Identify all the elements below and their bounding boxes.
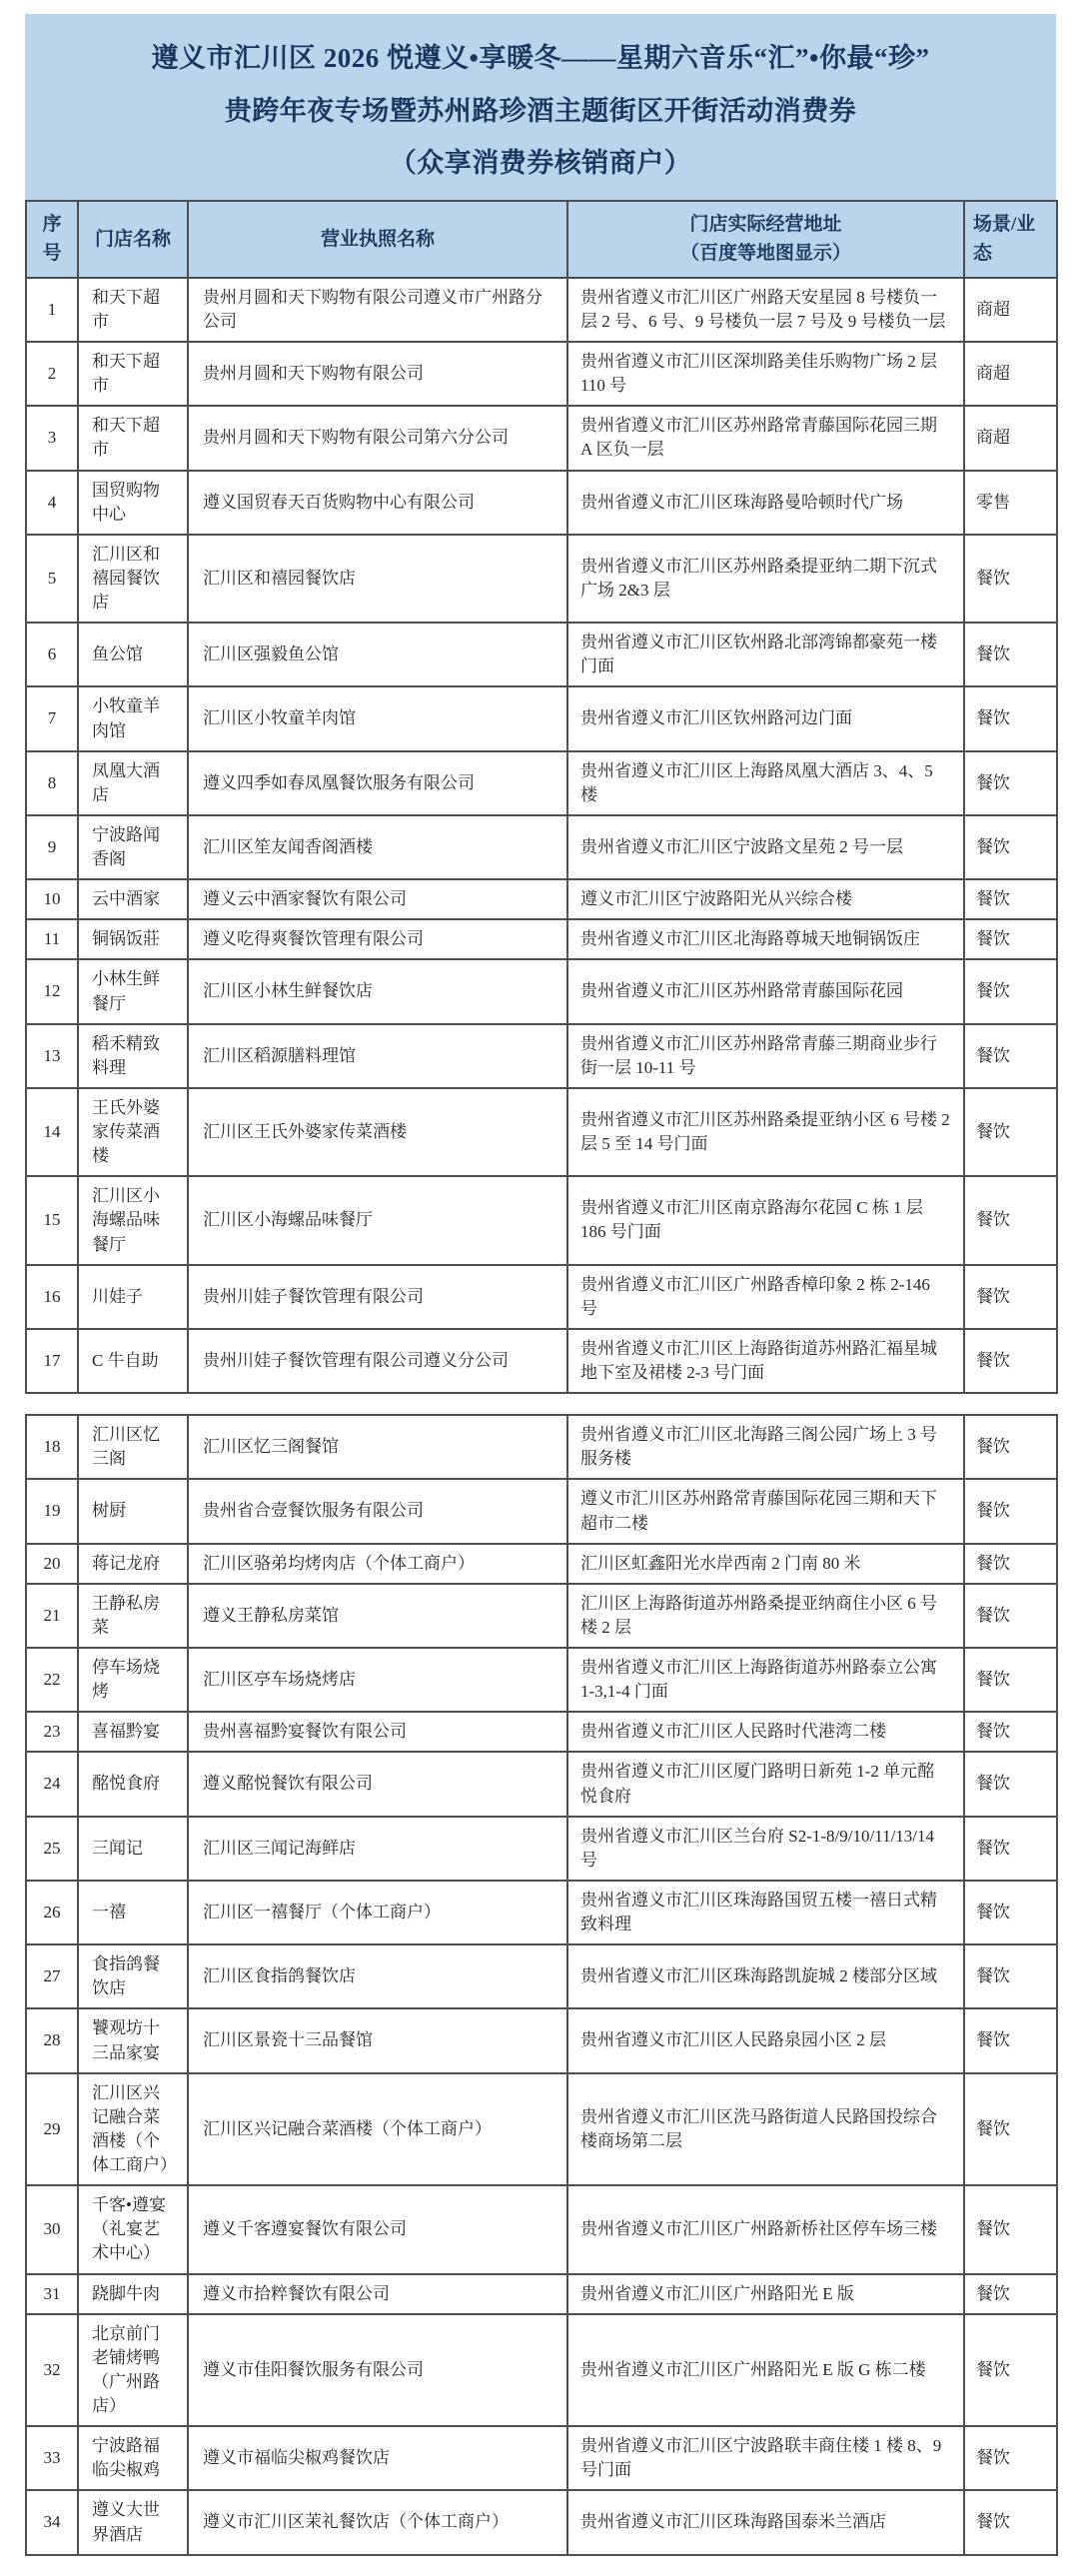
license-name: 汇川区忆三阁餐馆	[188, 1415, 567, 1479]
store-name: 喜福黔宴	[78, 1712, 188, 1752]
table-row: 10 云中酒家 遵义云中酒家餐饮有限公司 遵义市汇川区宁波路阳光从兴综合楼 餐饮	[26, 879, 1057, 919]
store-address: 贵州省遵义市汇川区苏州路常青藤国际花园	[567, 959, 964, 1023]
store-name: 食指鸽餐饮店	[78, 1944, 188, 2008]
license-name: 贵州月圆和天下购物有限公司遵义市广州路分公司	[188, 278, 567, 342]
license-name: 汇川区小牧童羊肉馆	[188, 686, 567, 750]
store-address: 贵州省遵义市汇川区厦门路明日新苑 1-2 单元酩悦食府	[567, 1752, 964, 1816]
business-type: 餐饮	[964, 919, 1057, 959]
license-name: 汇川区兴记融合菜酒楼（个体工商户）	[188, 2073, 567, 2186]
store-address: 贵州省遵义市汇川区上海路街道苏州路汇福星城地下室及裙楼 2-3 号门面	[567, 1329, 964, 1393]
store-address: 贵州省遵义市汇川区上海路街道苏州路泰立公寓 1-3,1-4 门面	[567, 1648, 964, 1712]
license-name: 汇川区小海螺品味餐厅	[188, 1176, 567, 1264]
license-name: 汇川区三闻记海鲜店	[188, 1817, 567, 1881]
license-name: 遵义王静私房菜馆	[188, 1584, 567, 1648]
table-row: 21 王静私房菜 遵义王静私房菜馆 汇川区上海路街道苏州路桑提亚纳商住小区 6 …	[26, 1584, 1057, 1648]
store-name: 云中酒家	[78, 879, 188, 919]
row-number: 1	[26, 278, 78, 342]
business-type: 餐饮	[964, 1881, 1057, 1944]
store-name: 汇川区和禧园餐饮店	[78, 535, 188, 623]
row-number: 23	[26, 1712, 78, 1752]
store-address: 贵州省遵义市汇川区人民路泉园小区 2 层	[567, 2008, 964, 2072]
table-row: 24 酩悦食府 遵义酩悦餐饮有限公司 贵州省遵义市汇川区厦门路明日新苑 1-2 …	[26, 1752, 1057, 1816]
table-row: 2 和天下超市 贵州月圆和天下购物有限公司 贵州省遵义市汇川区深圳路美佳乐购物广…	[26, 342, 1057, 406]
license-name: 贵州川娃子餐饮管理有限公司遵义分公司	[188, 1329, 567, 1393]
business-type: 餐饮	[964, 623, 1057, 686]
license-name: 汇川区和禧园餐饮店	[188, 535, 567, 623]
row-number: 25	[26, 1817, 78, 1881]
row-number: 22	[26, 1648, 78, 1712]
store-name: 川娃子	[78, 1265, 188, 1329]
store-name: 停车场烧烤	[78, 1648, 188, 1712]
table-row: 33 宁波路福临尖椒鸡 遵义市福临尖椒鸡餐饮店 贵州省遵义市汇川区宁波路联丰商住…	[26, 2426, 1057, 2490]
business-type: 餐饮	[964, 879, 1057, 919]
business-type: 餐饮	[964, 2185, 1057, 2273]
store-name: 酩悦食府	[78, 1752, 188, 1816]
table-row: 5 汇川区和禧园餐饮店 汇川区和禧园餐饮店 贵州省遵义市汇川区苏州路桑提亚纳二期…	[26, 535, 1057, 623]
store-address: 贵州省遵义市汇川区广州路新桥社区停车场三楼	[567, 2185, 964, 2273]
column-header-name: 门店名称	[78, 201, 188, 278]
table-row: 8 凤凰大酒店 遵义四季如春凤凰餐饮服务有限公司 贵州省遵义市汇川区上海路凤凰大…	[26, 751, 1057, 815]
table-row: 19 树厨 贵州省合壹餐饮服务有限公司 遵义市汇川区苏州路常青藤国际花园三期和天…	[26, 1479, 1057, 1543]
table-row: 32 北京前门老铺烤鸭（广州路店） 遵义市佳阳餐饮服务有限公司 贵州省遵义市汇川…	[26, 2314, 1057, 2427]
business-type: 餐饮	[964, 2490, 1057, 2554]
store-name: 树厨	[78, 1479, 188, 1543]
title-line-1: 遵义市汇川区 2026 悦遵义•享暖冬——星期六音乐“汇”•你最“珍”	[51, 32, 1030, 85]
business-type: 餐饮	[964, 2008, 1057, 2072]
row-number: 24	[26, 1752, 78, 1816]
store-address: 贵州省遵义市汇川区珠海路国泰米兰酒店	[567, 2490, 964, 2554]
store-address: 贵州省遵义市汇川区广州路香樟印象 2 栋 2-146 号	[567, 1265, 964, 1329]
business-type: 餐饮	[964, 1415, 1057, 1479]
table-row: 14 王氏外婆家传菜酒楼 汇川区王氏外婆家传菜酒楼 贵州省遵义市汇川区苏州路桑提…	[26, 1088, 1057, 1176]
table-row: 20 蒋记龙府 汇川区骆弟均烤肉店（个体工商户） 汇川区虹鑫阳光水岸西南 2 门…	[26, 1544, 1057, 1584]
row-number: 14	[26, 1088, 78, 1176]
store-address: 贵州省遵义市汇川区苏州路桑提亚纳二期下沉式广场 2&3 层	[567, 535, 964, 623]
license-name: 遵义云中酒家餐饮有限公司	[188, 879, 567, 919]
row-number: 16	[26, 1265, 78, 1329]
license-name: 遵义千客遵宴餐饮有限公司	[188, 2185, 567, 2273]
row-number: 6	[26, 623, 78, 686]
table-row: 27 食指鸽餐饮店 汇川区食指鸽餐饮店 贵州省遵义市汇川区珠海路凯旋城 2 楼部…	[26, 1944, 1057, 2008]
store-name: 稻禾精致料理	[78, 1024, 188, 1088]
row-number: 31	[26, 2274, 78, 2314]
row-number: 29	[26, 2073, 78, 2186]
business-type: 餐饮	[964, 1544, 1057, 1584]
license-name: 汇川区食指鸽餐饮店	[188, 1944, 567, 2008]
table-row: 12 小林生鲜餐厅 汇川区小林生鲜餐饮店 贵州省遵义市汇川区苏州路常青藤国际花园…	[26, 959, 1057, 1023]
row-number: 18	[26, 1415, 78, 1479]
business-type: 餐饮	[964, 1712, 1057, 1752]
merchant-table-section-2: 18 汇川区忆三阁 汇川区忆三阁餐馆 贵州省遵义市汇川区北海路三阁公园广场上 3…	[25, 1414, 1058, 2556]
store-address: 贵州省遵义市汇川区珠海路国贸五楼一禧日式精致料理	[567, 1881, 964, 1944]
business-type: 商超	[964, 278, 1057, 342]
business-type: 餐饮	[964, 959, 1057, 1023]
row-number: 9	[26, 815, 78, 879]
table-row: 26 一禧 汇川区一禧餐厅（个体工商户） 贵州省遵义市汇川区珠海路国贸五楼一禧日…	[26, 1881, 1057, 1944]
column-header-number: 序 号	[26, 201, 78, 278]
store-address: 贵州省遵义市汇川区苏州路桑提亚纳小区 6 号楼 2 层 5 至 14 号门面	[567, 1088, 964, 1176]
license-name: 贵州川娃子餐饮管理有限公司	[188, 1265, 567, 1329]
store-address: 贵州省遵义市汇川区广州路阳光 E 版 G 栋二楼	[567, 2314, 964, 2427]
store-address: 贵州省遵义市汇川区深圳路美佳乐购物广场 2 层 110 号	[567, 342, 964, 406]
table-row: 6 鱼公馆 汇川区强毅鱼公馆 贵州省遵义市汇川区钦州路北部湾锦都豪苑一楼门面 餐…	[26, 623, 1057, 686]
store-name: 凤凰大酒店	[78, 751, 188, 815]
license-name: 遵义市汇川区茉礼餐饮店（个体工商户）	[188, 2490, 567, 2554]
store-name: 北京前门老铺烤鸭（广州路店）	[78, 2314, 188, 2427]
column-header-license: 营业执照名称	[188, 201, 567, 278]
row-number: 28	[26, 2008, 78, 2072]
row-number: 17	[26, 1329, 78, 1393]
license-name: 汇川区小林生鲜餐饮店	[188, 959, 567, 1023]
store-name: 汇川区小海螺品味餐厅	[78, 1176, 188, 1264]
license-name: 遵义四季如春凤凰餐饮服务有限公司	[188, 751, 567, 815]
table-row: 7 小牧童羊肉馆 汇川区小牧童羊肉馆 贵州省遵义市汇川区钦州路河边门面 餐饮	[26, 686, 1057, 750]
business-type: 餐饮	[964, 1584, 1057, 1648]
store-address: 贵州省遵义市汇川区上海路凤凰大酒店 3、4、5 楼	[567, 751, 964, 815]
row-number: 2	[26, 342, 78, 406]
license-name: 汇川区亭车场烧烤店	[188, 1648, 567, 1712]
table-row: 1 和天下超市 贵州月圆和天下购物有限公司遵义市广州路分公司 贵州省遵义市汇川区…	[26, 278, 1057, 342]
row-number: 26	[26, 1881, 78, 1944]
title-line-3: （众享消费券核销商户）	[51, 137, 1030, 190]
store-address: 汇川区上海路街道苏州路桑提亚纳商住小区 6 号楼 2 层	[567, 1584, 964, 1648]
store-address: 贵州省遵义市汇川区北海路尊城天地铜锅饭庄	[567, 919, 964, 959]
store-name: 王静私房菜	[78, 1584, 188, 1648]
business-type: 餐饮	[964, 1176, 1057, 1264]
table-row: 3 和天下超市 贵州月圆和天下购物有限公司第六分公司 贵州省遵义市汇川区苏州路常…	[26, 406, 1057, 470]
store-name: 遵义大世界酒店	[78, 2490, 188, 2554]
table-row: 31 跷脚牛肉 遵义市拾粹餐饮有限公司 贵州省遵义市汇川区广州路阳光 E 版 餐…	[26, 2274, 1057, 2314]
business-type: 商超	[964, 342, 1057, 406]
store-address: 贵州省遵义市汇川区南京路海尔花园 C 栋 1 层 186 号门面	[567, 1176, 964, 1264]
business-type: 餐饮	[964, 1817, 1057, 1881]
store-name: 国贸购物中心	[78, 471, 188, 535]
business-type: 餐饮	[964, 1024, 1057, 1088]
store-name: 宁波路闻香阁	[78, 815, 188, 879]
store-address: 贵州省遵义市汇川区人民路时代港湾二楼	[567, 1712, 964, 1752]
store-address: 贵州省遵义市汇川区钦州路北部湾锦都豪苑一楼门面	[567, 623, 964, 686]
row-number: 33	[26, 2426, 78, 2490]
store-address: 贵州省遵义市汇川区宁波路联丰商住楼 1 楼 8、9 号门面	[567, 2426, 964, 2490]
license-name: 贵州月圆和天下购物有限公司	[188, 342, 567, 406]
business-type: 餐饮	[964, 2426, 1057, 2490]
license-name: 遵义国贸春天百货购物中心有限公司	[188, 471, 567, 535]
row-number: 13	[26, 1024, 78, 1088]
row-number: 21	[26, 1584, 78, 1648]
section-gap	[25, 1394, 1056, 1414]
store-address: 遵义市汇川区宁波路阳光从兴综合楼	[567, 879, 964, 919]
row-number: 19	[26, 1479, 78, 1543]
store-address: 贵州省遵义市汇川区苏州路常青藤三期商业步行街一层 10-11 号	[567, 1024, 964, 1088]
store-name: 一禧	[78, 1881, 188, 1944]
business-type: 餐饮	[964, 1648, 1057, 1712]
store-address: 汇川区虹鑫阳光水岸西南 2 门南 80 米	[567, 1544, 964, 1584]
store-name: 铜锅饭莊	[78, 919, 188, 959]
store-address: 贵州省遵义市汇川区广州路天安星园 8 号楼负一层 2 号、6 号、9 号楼负一层…	[567, 278, 964, 342]
store-name: C 牛自助	[78, 1329, 188, 1393]
row-number: 27	[26, 1944, 78, 2008]
license-name: 遵义吃得爽餐饮管理有限公司	[188, 919, 567, 959]
business-type: 餐饮	[964, 2274, 1057, 2314]
business-type: 餐饮	[964, 2073, 1057, 2186]
table-row: 13 稻禾精致料理 汇川区稻源膳料理馆 贵州省遵义市汇川区苏州路常青藤三期商业步…	[26, 1024, 1057, 1088]
license-name: 汇川区强毅鱼公馆	[188, 623, 567, 686]
business-type: 餐饮	[964, 686, 1057, 750]
store-address: 遵义市汇川区苏州路常青藤国际花园三期和天下超市二楼	[567, 1479, 964, 1543]
store-name: 和天下超市	[78, 406, 188, 470]
table-row: 17 C 牛自助 贵州川娃子餐饮管理有限公司遵义分公司 贵州省遵义市汇川区上海路…	[26, 1329, 1057, 1393]
business-type: 餐饮	[964, 1944, 1057, 2008]
license-name: 贵州喜福黔宴餐饮有限公司	[188, 1712, 567, 1752]
row-number: 8	[26, 751, 78, 815]
store-name: 宁波路福临尖椒鸡	[78, 2426, 188, 2490]
merchant-table-section-1: 序 号 门店名称 营业执照名称 门店实际经营地址 （百度等地图显示） 场景/业 …	[25, 200, 1058, 1394]
business-type: 餐饮	[964, 1329, 1057, 1393]
license-name: 汇川区一禧餐厅（个体工商户）	[188, 1881, 567, 1944]
business-type: 餐饮	[964, 2314, 1057, 2427]
store-name: 饕观坊十三品家宴	[78, 2008, 188, 2072]
store-name: 王氏外婆家传菜酒楼	[78, 1088, 188, 1176]
table-row: 29 汇川区兴记融合菜酒楼（个体工商户） 汇川区兴记融合菜酒楼（个体工商户） 贵…	[26, 2073, 1057, 2186]
business-type: 餐饮	[964, 1752, 1057, 1816]
document-sheet: 遵义市汇川区 2026 悦遵义•享暖冬——星期六音乐“汇”•你最“珍” 贵跨年夜…	[0, 0, 1079, 2576]
column-header-type: 场景/业 态	[964, 201, 1057, 278]
license-name: 遵义市佳阳餐饮服务有限公司	[188, 2314, 567, 2427]
table-row: 18 汇川区忆三阁 汇川区忆三阁餐馆 贵州省遵义市汇川区北海路三阁公园广场上 3…	[26, 1415, 1057, 1479]
table-header-row: 序 号 门店名称 营业执照名称 门店实际经营地址 （百度等地图显示） 场景/业 …	[26, 201, 1057, 278]
table-row: 11 铜锅饭莊 遵义吃得爽餐饮管理有限公司 贵州省遵义市汇川区北海路尊城天地铜锅…	[26, 919, 1057, 959]
store-name: 和天下超市	[78, 278, 188, 342]
table-row: 22 停车场烧烤 汇川区亭车场烧烤店 贵州省遵义市汇川区上海路街道苏州路泰立公寓…	[26, 1648, 1057, 1712]
store-name: 汇川区兴记融合菜酒楼（个体工商户）	[78, 2073, 188, 2186]
table-row: 28 饕观坊十三品家宴 汇川区景瓷十三品餐馆 贵州省遵义市汇川区人民路泉园小区 …	[26, 2008, 1057, 2072]
table-row: 4 国贸购物中心 遵义国贸春天百货购物中心有限公司 贵州省遵义市汇川区珠海路曼哈…	[26, 471, 1057, 535]
license-name: 汇川区笙友闻香阁酒楼	[188, 815, 567, 879]
license-name: 汇川区骆弟均烤肉店（个体工商户）	[188, 1544, 567, 1584]
store-address: 贵州省遵义市汇川区洗马路街道人民路国投综合楼商场第二层	[567, 2073, 964, 2186]
store-name: 鱼公馆	[78, 623, 188, 686]
store-address: 贵州省遵义市汇川区钦州路河边门面	[567, 686, 964, 750]
business-type: 餐饮	[964, 1088, 1057, 1176]
store-address: 贵州省遵义市汇川区珠海路凯旋城 2 楼部分区域	[567, 1944, 964, 2008]
license-name: 遵义市福临尖椒鸡餐饮店	[188, 2426, 567, 2490]
business-type: 餐饮	[964, 751, 1057, 815]
license-name: 汇川区景瓷十三品餐馆	[188, 2008, 567, 2072]
license-name: 遵义市拾粹餐饮有限公司	[188, 2274, 567, 2314]
store-name: 汇川区忆三阁	[78, 1415, 188, 1479]
store-address: 贵州省遵义市汇川区广州路阳光 E 版	[567, 2274, 964, 2314]
row-number: 34	[26, 2490, 78, 2554]
business-type: 商超	[964, 406, 1057, 470]
row-number: 3	[26, 406, 78, 470]
row-number: 11	[26, 919, 78, 959]
store-address: 贵州省遵义市汇川区苏州路常青藤国际花园三期 A 区负一层	[567, 406, 964, 470]
row-number: 5	[26, 535, 78, 623]
license-name: 汇川区稻源膳料理馆	[188, 1024, 567, 1088]
row-number: 20	[26, 1544, 78, 1584]
table-row: 15 汇川区小海螺品味餐厅 汇川区小海螺品味餐厅 贵州省遵义市汇川区南京路海尔花…	[26, 1176, 1057, 1264]
row-number: 10	[26, 879, 78, 919]
row-number: 15	[26, 1176, 78, 1264]
store-address: 贵州省遵义市汇川区北海路三阁公园广场上 3 号服务楼	[567, 1415, 964, 1479]
business-type: 餐饮	[964, 1265, 1057, 1329]
business-type: 餐饮	[964, 1479, 1057, 1543]
table-row: 16 川娃子 贵州川娃子餐饮管理有限公司 贵州省遵义市汇川区广州路香樟印象 2 …	[26, 1265, 1057, 1329]
business-type: 零售	[964, 471, 1057, 535]
table-row: 9 宁波路闻香阁 汇川区笙友闻香阁酒楼 贵州省遵义市汇川区宁波路文星苑 2 号一…	[26, 815, 1057, 879]
license-name: 汇川区王氏外婆家传菜酒楼	[188, 1088, 567, 1176]
store-name: 小牧童羊肉馆	[78, 686, 188, 750]
license-name: 贵州省合壹餐饮服务有限公司	[188, 1479, 567, 1543]
business-type: 餐饮	[964, 815, 1057, 879]
store-name: 小林生鲜餐厅	[78, 959, 188, 1023]
row-number: 12	[26, 959, 78, 1023]
store-name: 跷脚牛肉	[78, 2274, 188, 2314]
store-address: 贵州省遵义市汇川区宁波路文星苑 2 号一层	[567, 815, 964, 879]
title-line-2: 贵跨年夜专场暨苏州路珍酒主题街区开街活动消费券	[51, 85, 1030, 138]
license-name: 贵州月圆和天下购物有限公司第六分公司	[188, 406, 567, 470]
row-number: 30	[26, 2185, 78, 2273]
store-address: 贵州省遵义市汇川区珠海路曼哈顿时代广场	[567, 471, 964, 535]
license-name: 遵义酩悦餐饮有限公司	[188, 1752, 567, 1816]
store-name: 和天下超市	[78, 342, 188, 406]
table-row: 30 千客•遵宴（礼宴艺术中心） 遵义千客遵宴餐饮有限公司 贵州省遵义市汇川区广…	[26, 2185, 1057, 2273]
column-header-address: 门店实际经营地址 （百度等地图显示）	[567, 201, 964, 278]
row-number: 4	[26, 471, 78, 535]
store-name: 三闻记	[78, 1817, 188, 1881]
store-name: 蒋记龙府	[78, 1544, 188, 1584]
store-address: 贵州省遵义市汇川区兰台府 S2-1-8/9/10/11/13/14 号	[567, 1817, 964, 1881]
table-row: 25 三闻记 汇川区三闻记海鲜店 贵州省遵义市汇川区兰台府 S2-1-8/9/1…	[26, 1817, 1057, 1881]
store-name: 千客•遵宴（礼宴艺术中心）	[78, 2185, 188, 2273]
row-number: 32	[26, 2314, 78, 2427]
table-row: 34 遵义大世界酒店 遵义市汇川区茉礼餐饮店（个体工商户） 贵州省遵义市汇川区珠…	[26, 2490, 1057, 2554]
row-number: 7	[26, 686, 78, 750]
table-row: 23 喜福黔宴 贵州喜福黔宴餐饮有限公司 贵州省遵义市汇川区人民路时代港湾二楼 …	[26, 1712, 1057, 1752]
document-title: 遵义市汇川区 2026 悦遵义•享暖冬——星期六音乐“汇”•你最“珍” 贵跨年夜…	[25, 14, 1056, 200]
business-type: 餐饮	[964, 535, 1057, 623]
